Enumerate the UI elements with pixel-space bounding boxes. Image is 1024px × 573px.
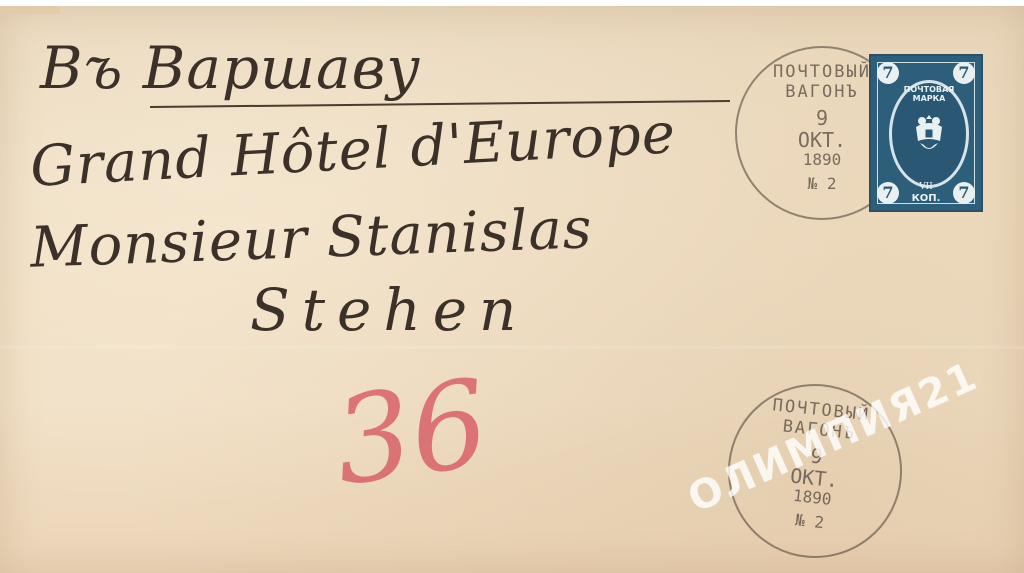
red-crayon-number: 36 [326, 354, 497, 513]
stamp-denomination: 7 [953, 62, 975, 84]
stamp-roman-numeral: VII [871, 182, 981, 192]
stamp-oval: ПОЧТОВАЯ МАРКА [889, 80, 969, 188]
envelope: Въ Варшаву Grand Hôtel d'Europe Monsieur… [0, 6, 1024, 573]
address-line-hotel: Grand Hôtel d'Europe [29, 101, 678, 200]
fold-crease [0, 346, 1024, 349]
postage-stamp: 7 7 7 7 ПОЧТОВАЯ МАРКА VII КОП. [869, 54, 983, 212]
torn-edge [0, 6, 60, 14]
stamp-currency: КОП. [871, 193, 981, 204]
stamp-oval-text: ПОЧТОВАЯ МАРКА [892, 85, 966, 103]
address-line-city: Въ Варшаву [40, 34, 421, 102]
double-headed-eagle-icon [912, 111, 946, 157]
address-line-recipient: Monsieur Stanislas [29, 196, 593, 281]
address-line-surname: Stehen [250, 276, 528, 344]
stamp-denomination: 7 [877, 62, 899, 84]
